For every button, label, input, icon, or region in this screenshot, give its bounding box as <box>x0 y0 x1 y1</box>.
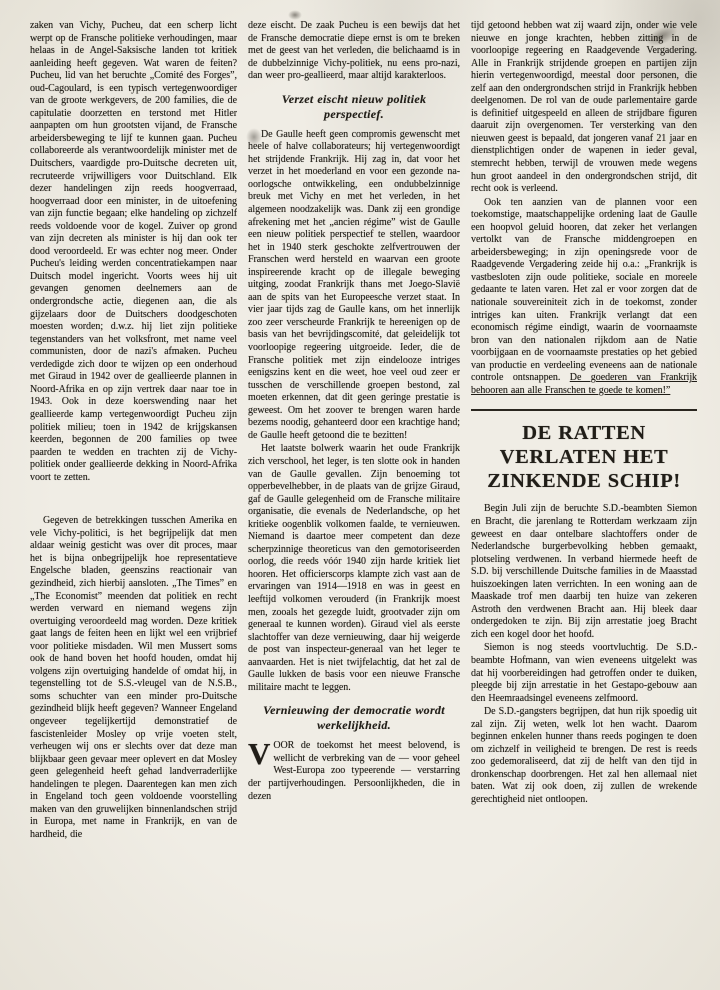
column-3: tijd getoond hebben wat zij waard zijn, … <box>471 20 697 982</box>
pucheu-conclusion-paragraph: deze eischt. De zaak Pucheu is een bewij… <box>248 20 460 83</box>
sd-disappearance-paragraph: Begin Juli zijn de beruchte S.D.-beambte… <box>471 503 697 641</box>
future-outlook-paragraph: VOOR de toekomst het meest belovend, is … <box>248 740 460 803</box>
emphasized-quote: De goederen van Frankrijk behooren aan a… <box>471 372 697 396</box>
army-renewal-paragraph: Het laatste bolwerk waarin het oude Fran… <box>248 443 460 694</box>
new-forces-paragraph: tijd getoond hebben wat zij waard zijn, … <box>471 20 697 196</box>
subhead-verzet-perspectief: Verzet eischt nieuw politiek perspectief… <box>254 92 454 122</box>
newspaper-page: zaken van Vichy, Pucheu, dat een scherp … <box>0 0 720 990</box>
pucheu-trial-paragraph: zaken van Vichy, Pucheu, dat een scherp … <box>30 20 237 484</box>
drop-cap: V <box>248 740 273 766</box>
section-divider-rule <box>471 409 697 411</box>
subhead-vernieuwing-democratie: Vernieuwing der democratie wordt werkeli… <box>254 703 454 733</box>
social-order-paragraph: Ook ten aanzien van de plannen voor een … <box>471 197 697 398</box>
column-1: zaken van Vichy, Pucheu, dat een scherp … <box>30 20 237 982</box>
de-gaulle-paragraph: De Gaulle heeft geen compromis gewenscht… <box>248 129 460 443</box>
sd-gangsters-paragraph: De S.D.-gangsters begrijpen, dat hun rij… <box>471 706 697 806</box>
column-2: deze eischt. De zaak Pucheu is een bewij… <box>248 20 460 982</box>
ink-smudge <box>288 10 302 20</box>
siemon-hofmann-paragraph: Siemon is nog steeds voortvluchtig. De S… <box>471 642 697 705</box>
rats-headline: DE RATTEN VERLATEN HET ZINKENDE SCHIP! <box>471 421 697 493</box>
allied-criticism-paragraph: Gegeven de betrekkingen tusschen Amerika… <box>30 515 237 841</box>
